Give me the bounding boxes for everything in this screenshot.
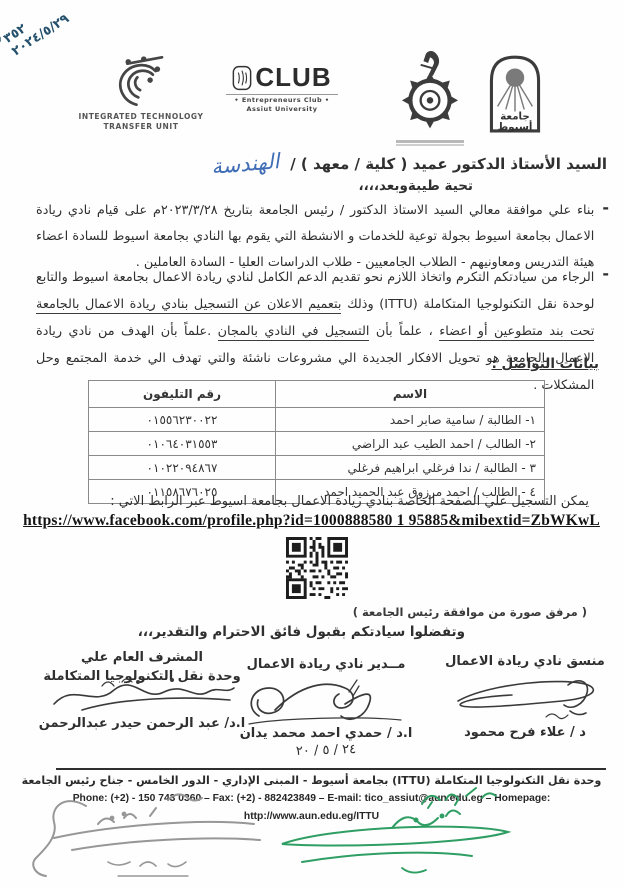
assiut-university-logo: جامعة أسيوط: [482, 50, 548, 138]
entrepreneurs-club-logo: CLUB • Entrepreneurs Club • Assiut Unive…: [226, 62, 338, 114]
handwritten-date: ٢٤ / ٥ / ٢٠: [228, 740, 424, 762]
attachment-note: ( مرفق صورة من موافقة رئيس الجامعة ): [353, 605, 587, 619]
club-caption-line2: Assiut University: [226, 105, 338, 114]
coordinator-signature: [450, 671, 600, 729]
request-underlined2: التسجيل في النادي بالمجان: [218, 324, 370, 341]
contact-table: الاسم رقم التليفون ١- الطالبة / سامية صا…: [88, 380, 545, 504]
handwritten-faculty-name: الهندسة: [210, 149, 280, 179]
assiut-label-line2: أسيوط: [498, 120, 533, 133]
ittu-swirl-icon: [109, 50, 173, 112]
supervisor-title-line2: وحدة نقل التكنولوجيا المتكاملة: [33, 667, 251, 686]
student-name: ١- الطالبة / سامية صابر احمد: [276, 408, 545, 432]
table-row: ٢- الطالب / احمد الطيب عبد الراضي ٠١٠٦٤٠…: [89, 432, 545, 456]
academy-caption-smudge2: [396, 144, 464, 146]
student-name: ٣ - الطالبة / ندا فرغلي ابراهيم فرغلي: [276, 456, 545, 480]
manager-signature: [241, 674, 411, 730]
coordinator-title: منسق نادي ريادة الاعمال: [442, 652, 608, 671]
academy-caption-smudge: [396, 140, 464, 143]
request-part2: ، علماً بأن: [369, 324, 439, 339]
recipient-line: السيد الأستاذ الدكتور عميد ( كلية / معهد…: [211, 150, 607, 174]
respect-closing-line: وتفضلوا سيادتكم بقبول فائق الاحترام والت…: [138, 624, 465, 640]
signature-block-supervisor: المشرف العام علي وحدة نقل التكنولوجيا ال…: [33, 648, 251, 731]
table-row: ٣ - الطالبة / ندا فرغلي ابراهيم فرغلي ٠١…: [89, 456, 545, 480]
student-name: ٢- الطالب / احمد الطيب عبد الراضي: [276, 432, 545, 456]
manager-name: ا.د / حمدي احمد محمد يدان: [228, 726, 424, 741]
footer-divider: [56, 768, 606, 770]
fingerprint-icon: [232, 65, 252, 91]
contact-section-heading: بيانات التواصل :: [491, 356, 599, 372]
header-phone: رقم التليفون: [89, 381, 276, 408]
club-caption-line1: • Entrepreneurs Club •: [226, 94, 338, 105]
header-name: الاسم: [276, 381, 545, 408]
manager-title: مــدير نادي ريادة الاعمال: [228, 655, 424, 674]
assiut-arch-icon: جامعة أسيوط: [484, 50, 546, 134]
qr-code: [286, 537, 348, 599]
signature-block-coordinator: منسق نادي ريادة الاعمال د / علاء فرح محم…: [442, 652, 608, 740]
green-ink-annotation: [272, 786, 522, 886]
scanned-letter-page: ◎ ٣٥٢ ٢٠٢٤/٥/٢٩ INTEGRATED TECHNOLOGY TR…: [0, 0, 623, 888]
recipient-printed-text: السيد الأستاذ الدكتور عميد ( كلية / معهد…: [290, 155, 607, 173]
paragraph-request-text: الرجاء من سيادتكم التكرم واتخاذ اللازم ن…: [36, 264, 594, 399]
register-instruction-line: يمكن التسجيل علي الصفحة الخاصة بنادي ريا…: [110, 494, 589, 509]
bullet-dash: -: [602, 264, 609, 399]
facebook-link-text: https://www.facebook.com/profile.php?id=…: [0, 512, 623, 530]
pencil-signature: [28, 788, 288, 884]
signature-block-manager: مــدير نادي ريادة الاعمال ا.د / حمدي احم…: [228, 655, 424, 758]
table-header-row: الاسم رقم التليفون: [89, 381, 545, 408]
club-wordmark: CLUB: [255, 62, 331, 93]
student-phone: ٠١٠٦٤٠٣١٥٥٣: [89, 432, 276, 456]
ittu-logo: INTEGRATED TECHNOLOGY TRANSFER UNIT: [52, 50, 230, 132]
academy-research-logo: [390, 48, 470, 146]
paragraph-request: - الرجاء من سيادتكم التكرم واتخاذ اللازم…: [36, 264, 609, 399]
student-phone: ٠١٥٥٦٢٣٠٠٢٢: [89, 408, 276, 432]
ittu-caption-line2: TRANSFER UNIT: [52, 122, 230, 132]
supervisor-name: ا.د/ عبد الرحمن حيدر عبدالرحمن: [33, 716, 251, 731]
ittu-caption-line1: INTEGRATED TECHNOLOGY: [52, 112, 230, 122]
academy-wheel-icon: [392, 48, 468, 134]
table-row: ١- الطالبة / سامية صابر احمد ٠١٥٥٦٢٣٠٠٢٢: [89, 408, 545, 432]
student-phone: ٠١٠٢٢٠٩٤٨٦٧: [89, 456, 276, 480]
coordinator-name: د / علاء فرح محمود: [442, 725, 608, 740]
greeting-line: تحية طيبةوبعد،،،،: [358, 178, 473, 194]
supervisor-title-line1: المشرف العام علي: [33, 648, 251, 667]
